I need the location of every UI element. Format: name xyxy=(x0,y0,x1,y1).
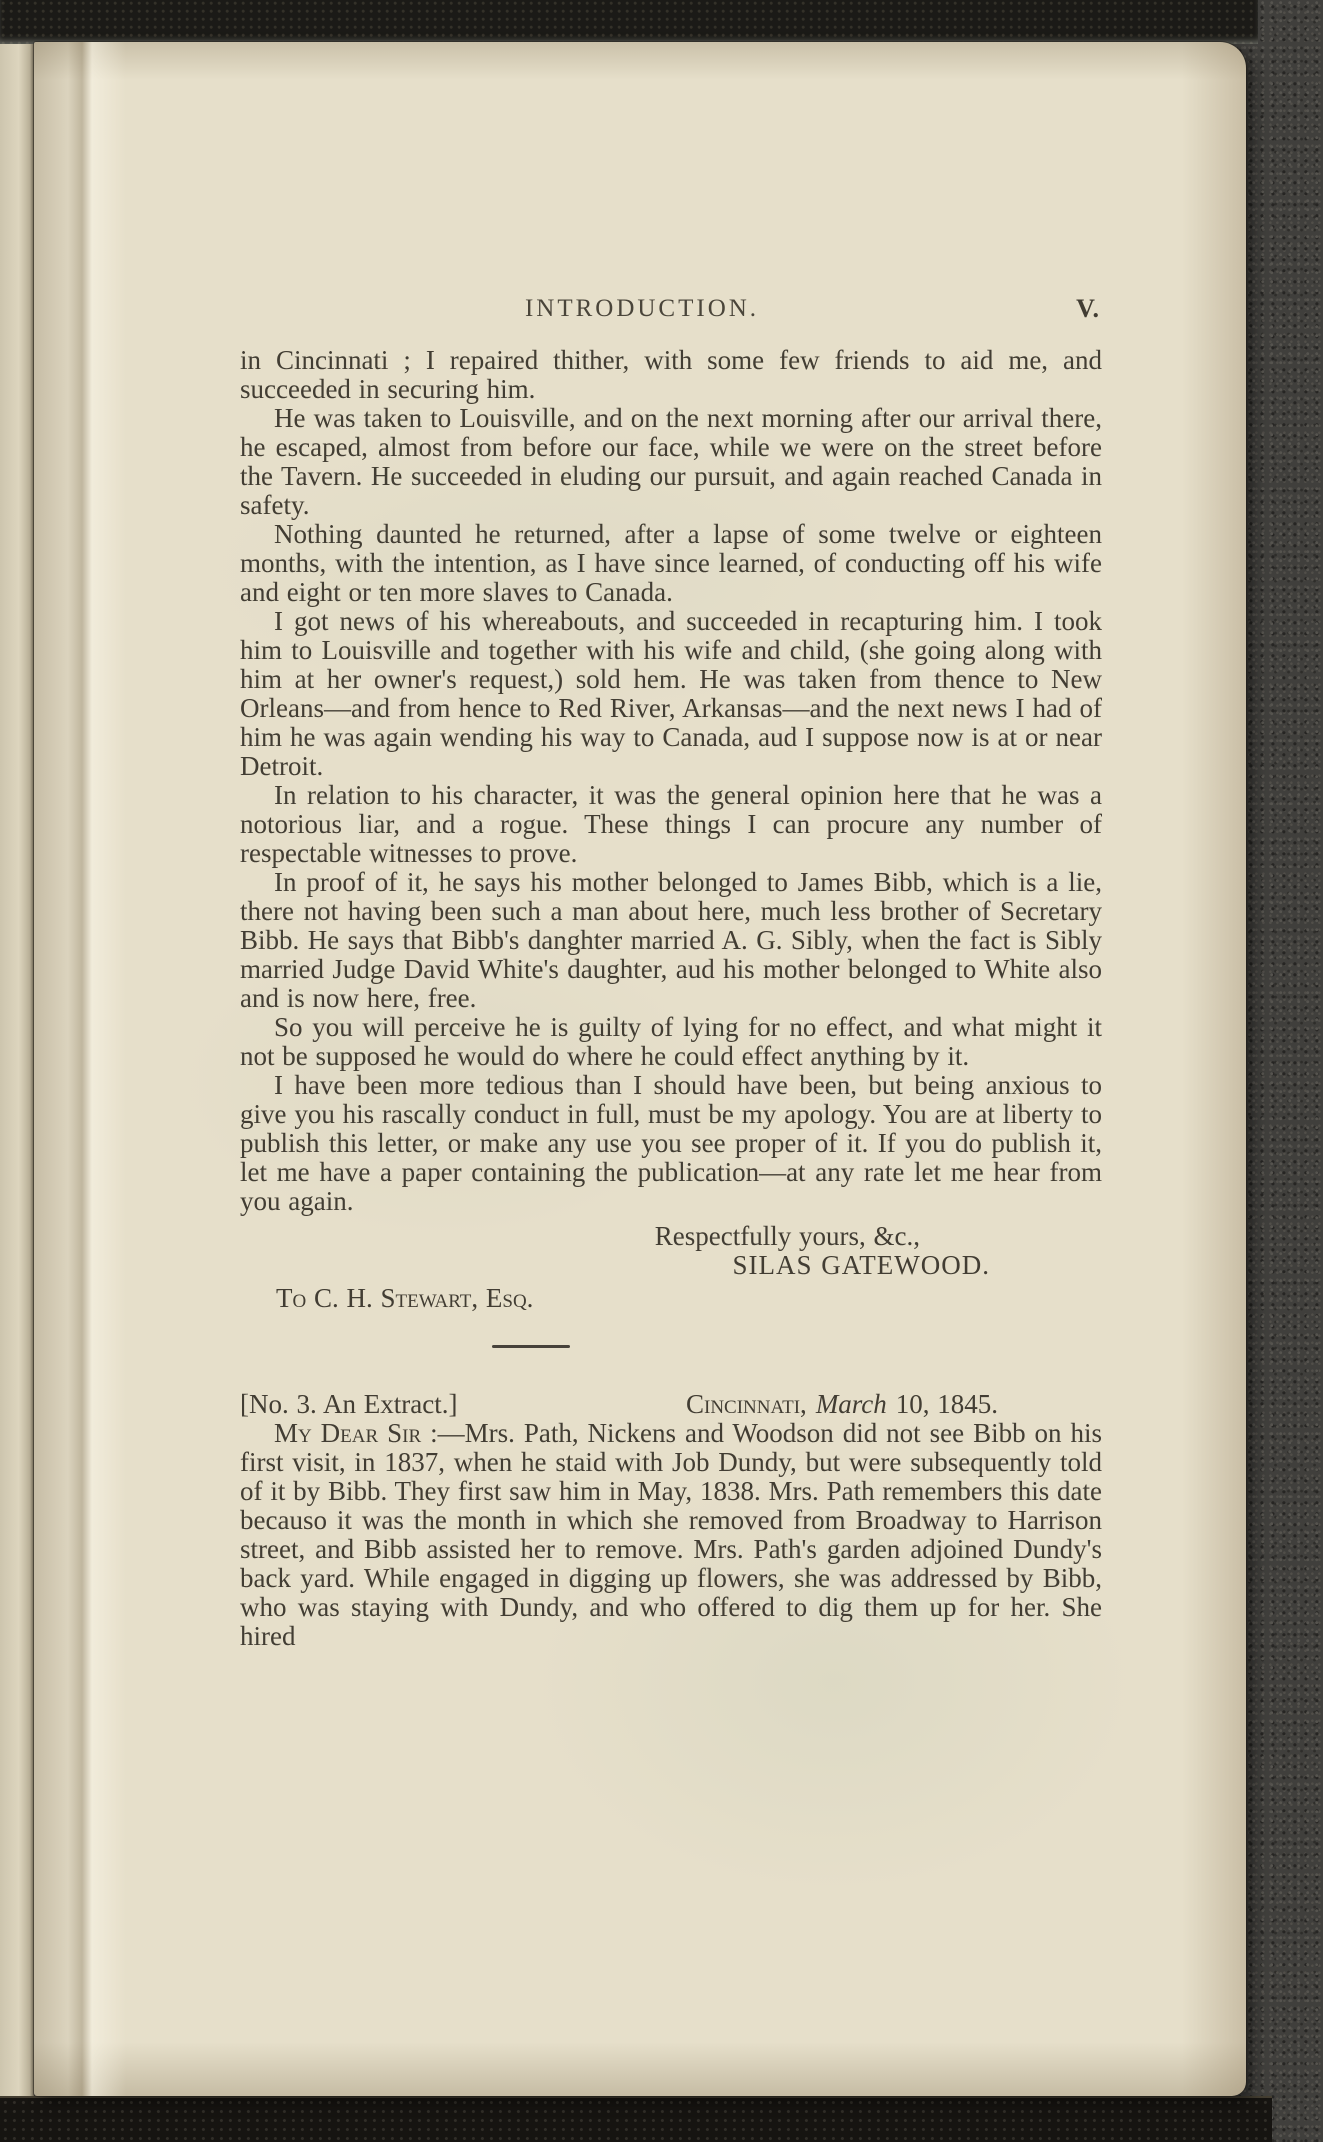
dateline-day-year: 10, 1845. xyxy=(896,1389,998,1419)
extract-body-text: —Mrs. Path, Nickens and Woodson did not … xyxy=(240,1418,1102,1651)
paragraph: He was taken to Louisville, and on the n… xyxy=(240,404,1102,520)
section-divider xyxy=(492,1345,570,1348)
photo-background: INTRODUCTION. V. in Cincinnati ; I repai… xyxy=(0,0,1323,2142)
page-text-block: INTRODUCTION. V. in Cincinnati ; I repai… xyxy=(240,294,1102,1651)
dateline-month: March xyxy=(816,1389,887,1419)
addressee-line: To C. H. Stewart, Esq. xyxy=(240,1284,1102,1313)
running-header: INTRODUCTION. V. xyxy=(240,294,1102,328)
book-cover-bottom-edge xyxy=(0,2096,1272,2142)
page-number: V. xyxy=(1076,294,1100,323)
signature-name: SILAS GATEWOOD. xyxy=(240,1251,1102,1280)
paragraph: I got news of his whereabouts, and succe… xyxy=(240,607,1102,781)
paragraph: I have been more tedious than I should h… xyxy=(240,1071,1102,1216)
signature-closing: Respectfully yours, &c., xyxy=(240,1222,1102,1251)
page-title: INTRODUCTION. xyxy=(240,294,1044,323)
book-cover-top-edge xyxy=(0,0,1258,44)
paragraph: In relation to his character, it was the… xyxy=(240,781,1102,868)
paragraph: So you will perceive he is guilty of lyi… xyxy=(240,1013,1102,1071)
book-page: INTRODUCTION. V. in Cincinnati ; I repai… xyxy=(34,42,1246,2096)
extract-salutation: My Dear Sir : xyxy=(274,1418,438,1448)
extract-paragraph: My Dear Sir :—Mrs. Path, Nickens and Woo… xyxy=(240,1419,1102,1651)
paragraph: In proof of it, he says his mother belon… xyxy=(240,868,1102,1013)
extract-heading: [No. 3. An Extract.] Cincinnati,March10,… xyxy=(240,1390,1102,1419)
dateline-place: Cincinnati, xyxy=(686,1389,807,1419)
facing-page-edge xyxy=(0,44,34,2096)
paragraph: Nothing daunted he returned, after a lap… xyxy=(240,520,1102,607)
paragraph: in Cincinnati ; I repaired thither, with… xyxy=(240,346,1102,404)
extract-number-label: [No. 3. An Extract.] xyxy=(240,1390,457,1419)
extract-dateline: Cincinnati,March10, 1845. xyxy=(686,1390,998,1419)
